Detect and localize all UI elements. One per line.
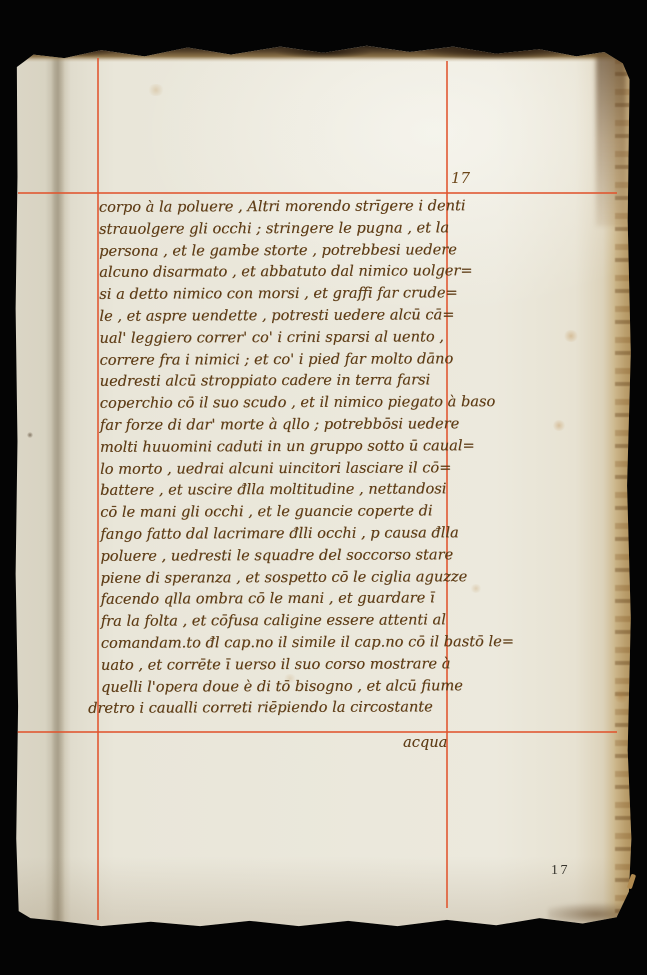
manuscript-line: correre fra i nimici ; et co' i pied far… (100, 348, 462, 371)
manuscript-line: cō le mani gli occhi , et le guancie cop… (100, 500, 462, 523)
manuscript-line: persona , et le gambe storte , potrebbes… (99, 239, 461, 262)
folio-number-printed: 17 (551, 863, 570, 879)
ruling-line-top (18, 192, 617, 194)
ruling-line-left-margin (97, 58, 99, 920)
manuscript-text-block: corpo à la poluere , Altri morendo strīg… (99, 195, 463, 720)
manuscript-line: fango fatto dal lacrimare đlli occhi , p… (100, 522, 462, 545)
page-top-browned-edge (15, 44, 632, 62)
manuscript-line: poluere , uedresti le squadre del soccor… (100, 544, 462, 567)
manuscript-line: facendo qlla ombra cō le mani , et guard… (101, 588, 463, 611)
manuscript-line: le , et aspre uendette , potresti uedere… (99, 304, 461, 327)
manuscript-line: battere , et uscire đlla moltitudine , n… (100, 479, 462, 502)
manuscript-line: far forze di dar' morte à qllo ; potrebb… (100, 413, 462, 436)
manuscript-line: dretro i caualli correti riēpiendo la ci… (88, 697, 463, 720)
manuscript-line: comandam.to đl cap.no il simile il cap.n… (101, 631, 463, 654)
manuscript-line: strauolgere gli occhi ; stringere le pug… (99, 217, 461, 240)
manuscript-line: coperchio cō il suo scudo , et il nimico… (100, 391, 462, 414)
top-right-corner-stain (596, 56, 626, 226)
manuscript-line: quelli l'opera doue è di tō bisogno , et… (101, 675, 463, 698)
manuscript-line: molti huuomini caduti in un gruppo sotto… (100, 435, 462, 458)
manuscript-line: lo morto , uedrai alcuni uincitori lasci… (100, 457, 462, 480)
black-background: 17 corpo à la poluere , Altri morendo st… (0, 0, 647, 975)
folio-number-handwritten: 17 (451, 169, 470, 187)
bottom-right-corner-stain (548, 901, 628, 923)
gutter-crease (51, 44, 65, 927)
manuscript-line: si a detto nimico con morsi , et graffi … (99, 282, 461, 305)
manuscript-line: fra la folta , et cōfusa caligine essere… (101, 609, 463, 632)
manuscript-page: 17 corpo à la poluere , Altri morendo st… (15, 44, 632, 927)
ruling-line-bottom (15, 731, 617, 733)
manuscript-line: alcuno disarmato , et abbatuto dal nimic… (99, 261, 461, 284)
manuscript-line: uedresti alcū stroppiato cadere in terra… (100, 370, 462, 393)
catchword: acqua (403, 734, 447, 751)
manuscript-line: piene di speranza , et sospetto cō le ci… (100, 566, 462, 589)
manuscript-line: corpo à la poluere , Altri morendo strīg… (99, 195, 461, 218)
manuscript-line: ual' leggiero correr' co' i crini sparsi… (99, 326, 461, 349)
manuscript-line: uato , et corrēte ī uerso il suo corso m… (101, 653, 463, 676)
